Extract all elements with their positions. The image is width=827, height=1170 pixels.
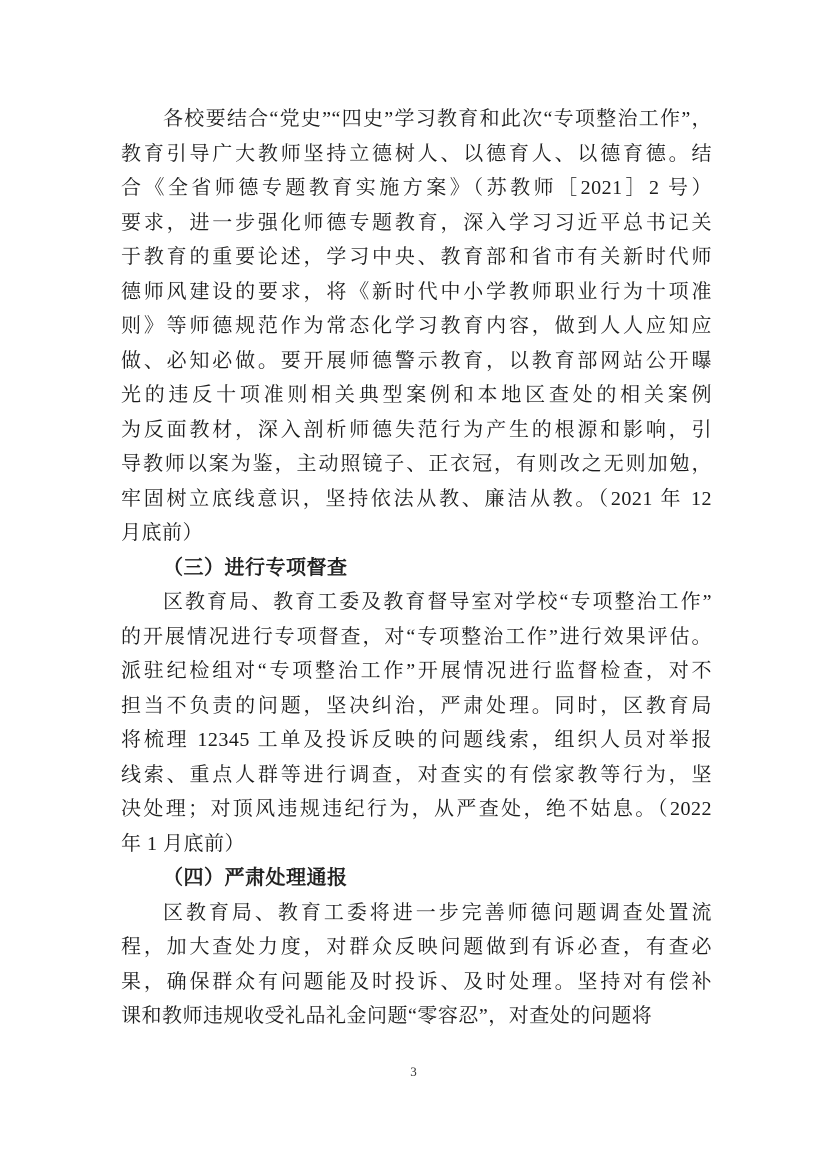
text-line: 要求，进一步强化师德专题教育，深入学习习近平总书记关 [121,206,712,241]
text-line: 年 1 月底前） [121,827,712,862]
text-line: 做、必知必做。要开展师德警示教育，以教育部网站公开曝 [121,344,712,379]
text-line: 合《全省师德专题教育实施方案》（苏教师［2021］2 号） [121,171,712,206]
text-line: 区教育局、教育工委将进一步完善师德问题调查处置流 [121,896,712,931]
section-heading: （三）进行专项督查 [121,551,712,586]
text-line: 各校要结合“党史”“四史”学习教育和此次“专项整治工作”， [121,102,712,137]
text-line: 导教师以案为鉴，主动照镜子、正衣冠，有则改之无则加勉， [121,447,712,482]
document-page: 各校要结合“党史”“四史”学习教育和此次“专项整治工作”，教育引导广大教师坚持立… [0,0,827,1170]
text-line: 牢固树立底线意识，坚持依法从教、廉洁从教。（2021 年 12 [121,482,712,517]
text-line: 于教育的重要论述，学习中央、教育部和省市有关新时代师 [121,240,712,275]
text-line: 程，加大查处力度，对群众反映问题做到有诉必查，有查必 [121,930,712,965]
text-line: 决处理；对顶风违规违纪行为，从严查处，绝不姑息。（2022 [121,792,712,827]
text-line: 月底前） [121,516,712,551]
text-line: 德师风建设的要求，将《新时代中小学教师职业行为十项准 [121,275,712,310]
text-line: 光的违反十项准则相关典型案例和本地区查处的相关案例 [121,378,712,413]
text-line: 为反面教材，深入剖析师德失范行为产生的根源和影响，引 [121,413,712,448]
page-number: 3 [0,1064,827,1080]
text-line: 教育引导广大教师坚持立德树人、以德育人、以德育德。结 [121,137,712,172]
text-line: 的开展情况进行专项督查，对“专项整治工作”进行效果评估。 [121,620,712,655]
text-line: 区教育局、教育工委及教育督导室对学校“专项整治工作” [121,585,712,620]
text-line: 线索、重点人群等进行调查，对查实的有偿家教等行为，坚 [121,758,712,793]
text-line: 则》等师德规范作为常态化学习教育内容，做到人人应知应 [121,309,712,344]
text-line: 派驻纪检组对“专项整治工作”开展情况进行监督检查，对不 [121,654,712,689]
section-heading: （四）严肃处理通报 [121,861,712,896]
text-line: 将梳理 12345 工单及投诉反映的问题线索，组织人员对举报 [121,723,712,758]
text-line: 担当不负责的问题，坚决纠治，严肃处理。同时，区教育局 [121,689,712,724]
text-line: 课和教师违规收受礼品礼金问题“零容忍”，对查处的问题将 [121,999,712,1034]
document-body: 各校要结合“党史”“四史”学习教育和此次“专项整治工作”，教育引导广大教师坚持立… [121,102,712,1034]
text-line: 果，确保群众有问题能及时投诉、及时处理。坚持对有偿补 [121,965,712,1000]
